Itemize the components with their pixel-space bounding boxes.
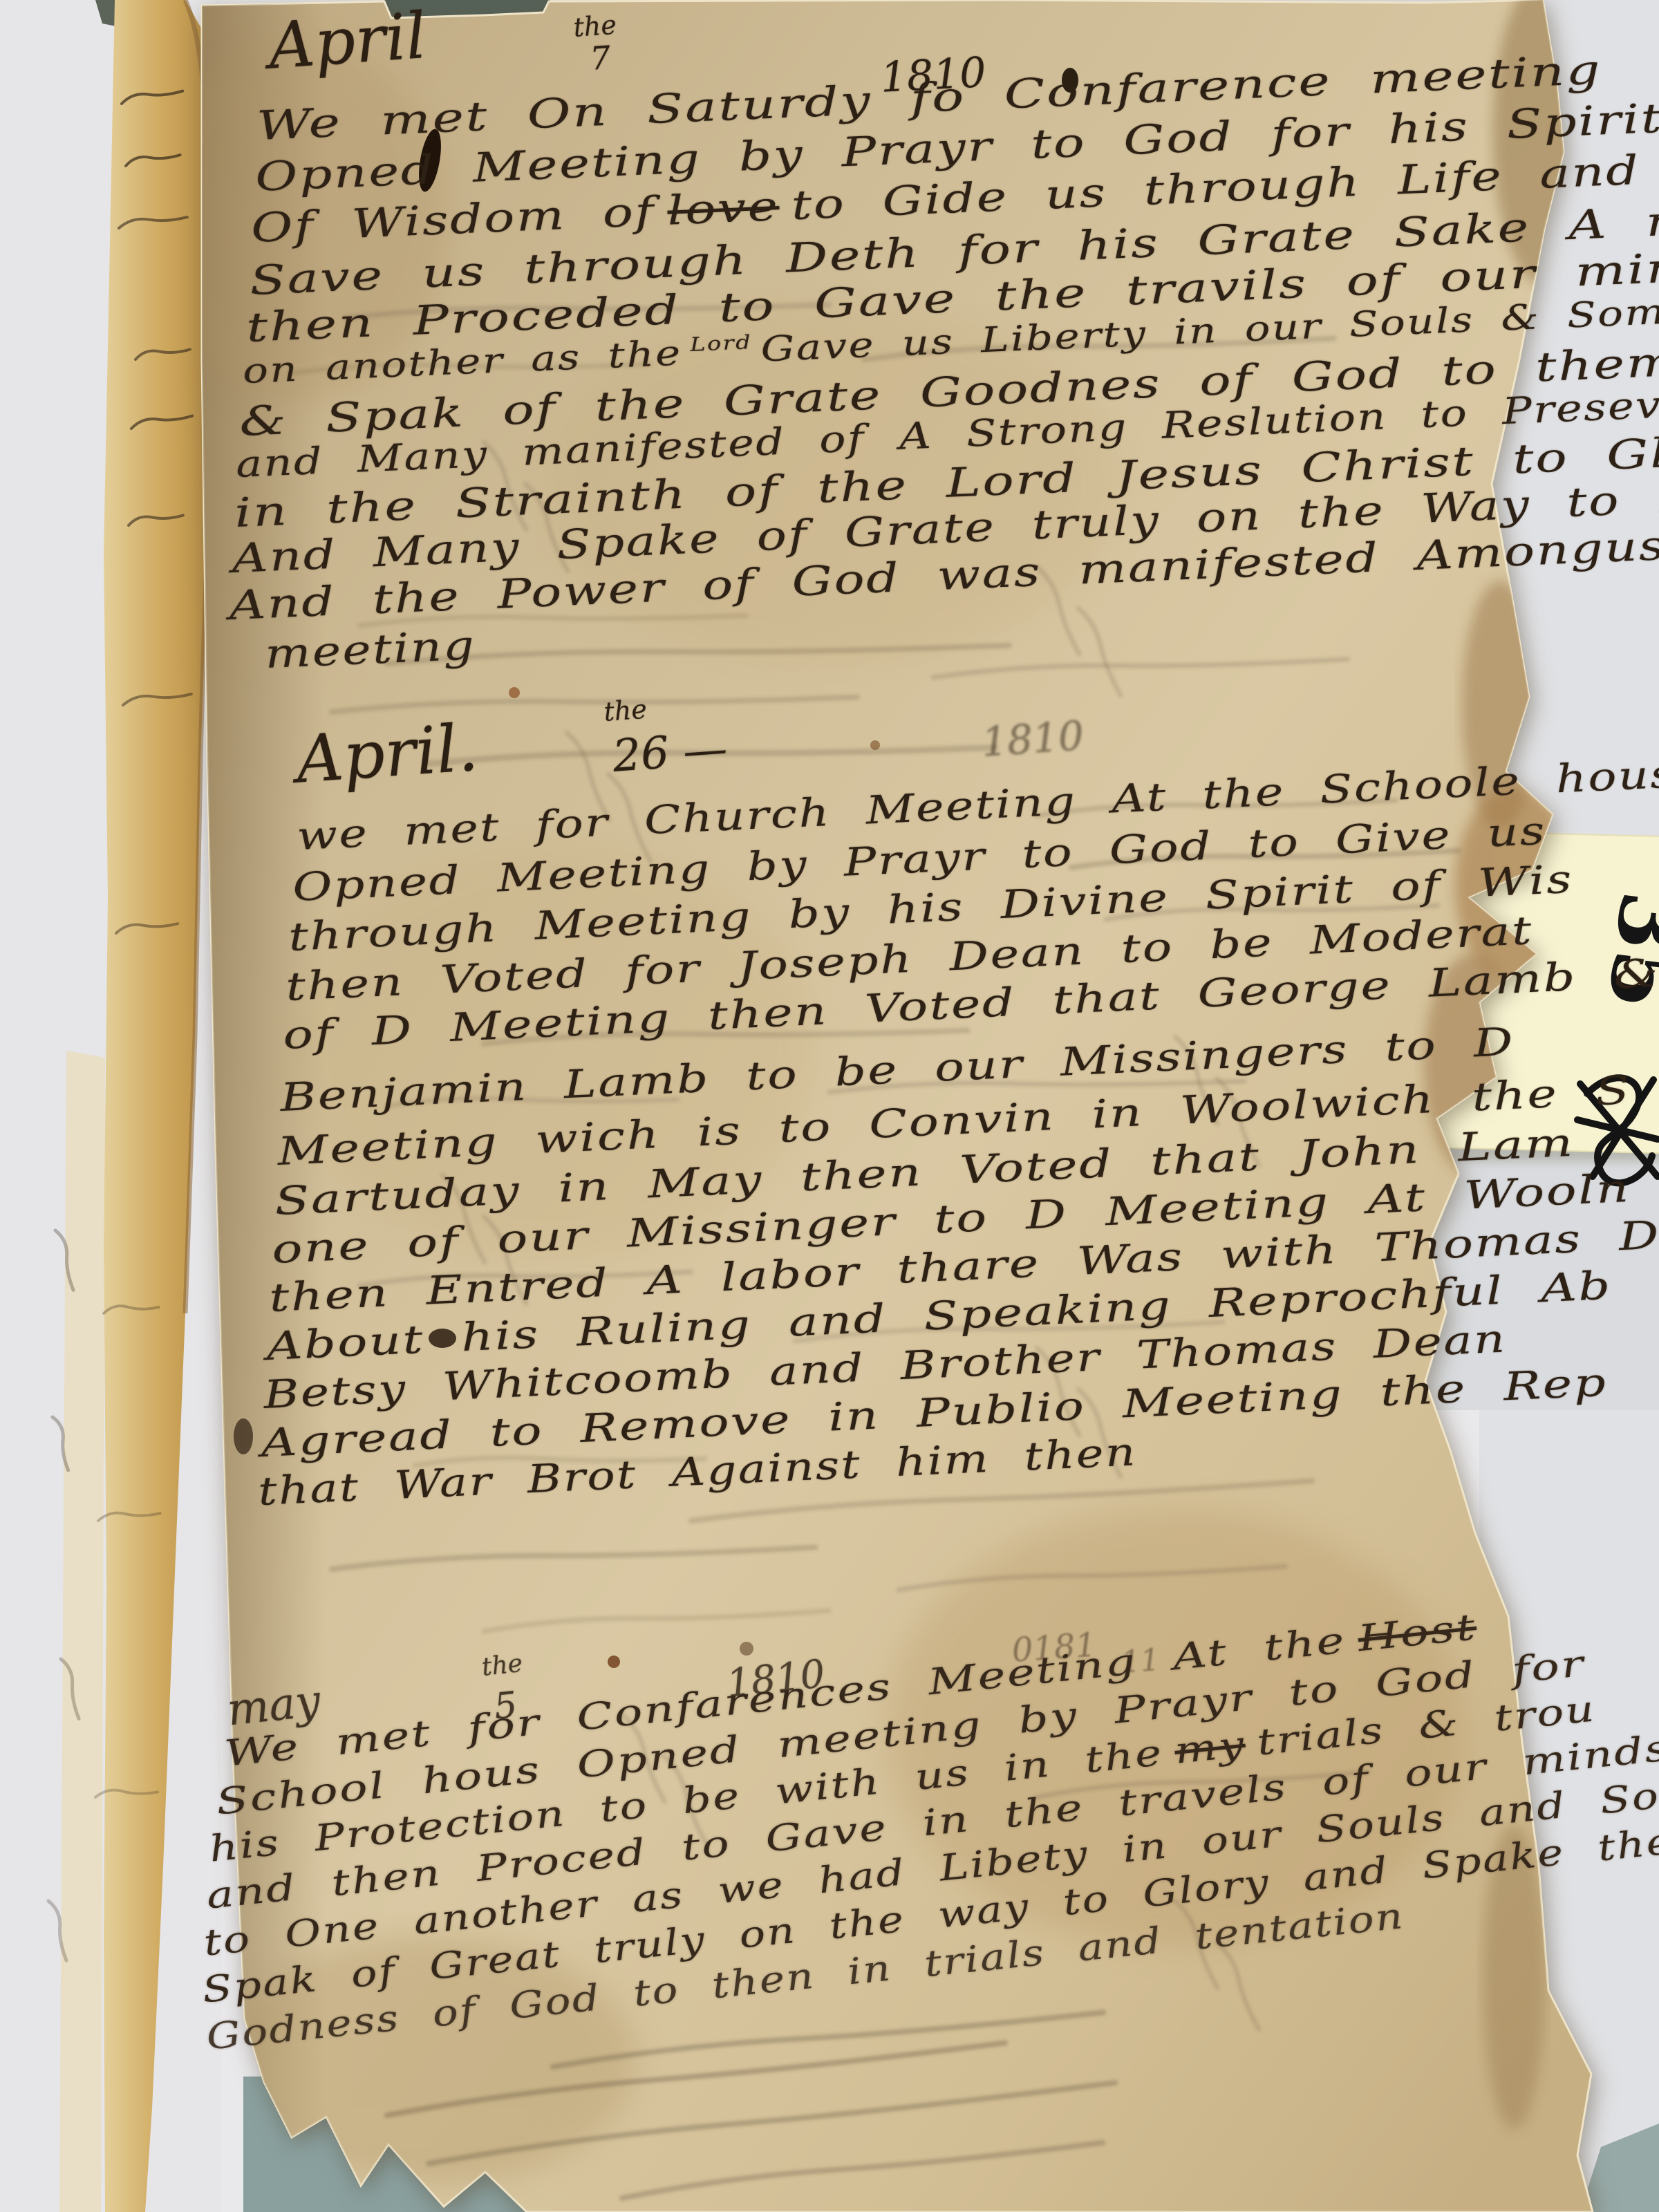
- entry1-ordinal: the: [572, 10, 617, 43]
- handwriting-layer: April the 7 1810 We met On Saturdy fo Co…: [0, 0, 1659, 2212]
- entry3-ordinal: the: [480, 1649, 524, 1682]
- struck-word: love: [654, 182, 792, 234]
- entry2-month: April.: [294, 711, 480, 798]
- entry1-day: 7: [589, 39, 612, 77]
- entry2-ordinal: the: [603, 694, 648, 727]
- struck-word: my: [1161, 1723, 1259, 1774]
- entry1-month: April: [266, 0, 429, 84]
- struck-word: Host: [1344, 1605, 1491, 1661]
- entry2-day: 26 —: [611, 723, 729, 782]
- entry2-year: 1810: [980, 712, 1085, 766]
- inserted-word: Lord: [690, 331, 753, 356]
- manuscript-line: meeting: [264, 621, 476, 677]
- manuscript-photo: 35 April the 7 1810 We met On Saturdy fo…: [0, 0, 1659, 2212]
